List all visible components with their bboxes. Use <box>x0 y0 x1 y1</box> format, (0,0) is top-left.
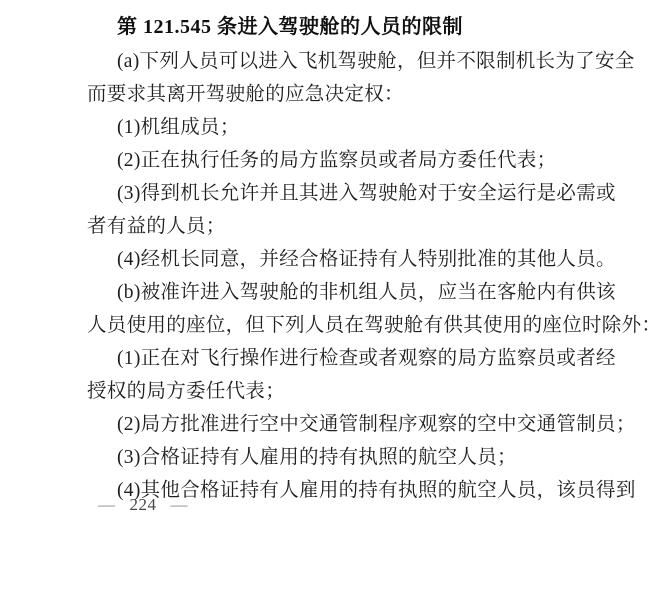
body-line: 而要求其离开驾驶舱的应急决定权： <box>87 78 607 111</box>
body-line: (2)局方批准进行空中交通管制程序观察的空中交通管制员； <box>87 408 607 441</box>
body-line: (1)机组成员； <box>87 111 607 144</box>
body-text: (a)下列人员可以进入飞机驾驶舱，但并不限制机长为了安全 而要求其离开驾驶舱的应… <box>87 45 607 507</box>
body-line: 人员使用的座位，但下列人员在驾驶舱有供其使用的座位时除外： <box>87 309 607 342</box>
page-number-dash-right: — <box>171 495 189 514</box>
document-page: 第 121.545 条进入驾驶舱的人员的限制 (a)下列人员可以进入飞机驾驶舱，… <box>0 0 663 600</box>
body-line: (2)正在执行任务的局方监察员或者局方委任代表； <box>87 144 607 177</box>
body-line: 者有益的人员； <box>87 210 607 243</box>
page-number: —224— <box>98 492 188 518</box>
body-line: (a)下列人员可以进入飞机驾驶舱，但并不限制机长为了安全 <box>87 45 607 78</box>
body-line: (3)合格证持有人雇用的持有执照的航空人员； <box>87 441 607 474</box>
section-title: 第 121.545 条进入驾驶舱的人员的限制 <box>117 9 607 45</box>
body-line: (3)得到机长允许并且其进入驾驶舱对于安全运行是必需或 <box>87 177 607 210</box>
body-line: (4)经机长同意，并经合格证持有人特别批准的其他人员。 <box>87 243 607 276</box>
body-line: 授权的局方委任代表； <box>87 375 607 408</box>
body-line: (b)被准许进入驾驶舱的非机组人员，应当在客舱内有供该 <box>87 276 607 309</box>
body-line: (1)正在对飞行操作进行检查或者观察的局方监察员或者经 <box>87 342 607 375</box>
document-content: 第 121.545 条进入驾驶舱的人员的限制 (a)下列人员可以进入飞机驾驶舱，… <box>87 9 607 507</box>
page-number-value: 224 <box>130 495 157 514</box>
page-number-dash-left: — <box>98 495 116 514</box>
